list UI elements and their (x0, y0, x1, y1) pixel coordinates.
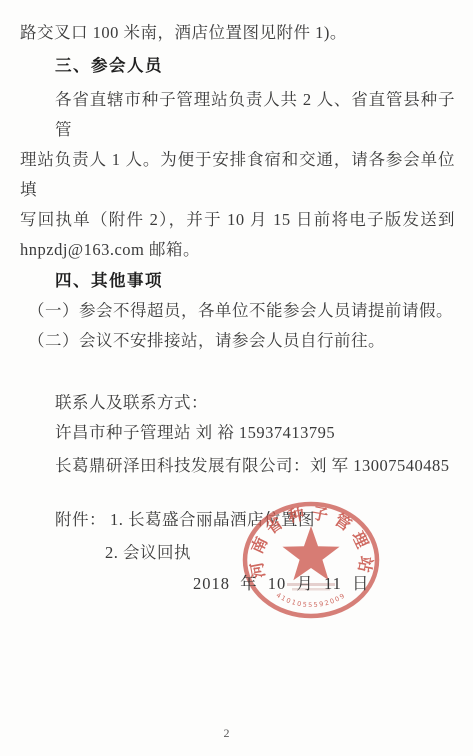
page-number: 2 (0, 726, 453, 741)
participants-line-3: 写回执单（附件 2），并于 10 月 15 日前将电子版发送到 (20, 205, 455, 235)
scanned-document-page: 路交叉口 100 米南，酒店位置图见附件 1)。 三、参会人员 各省直辖市种子管… (0, 0, 473, 756)
section-heading-participants: 三、参会人员 (20, 51, 455, 81)
official-seal: 河南省种子管理站 4101055592009 (235, 496, 387, 628)
paragraph-continuation-line: 路交叉口 100 米南，酒店位置图见附件 1)。 (20, 18, 455, 48)
attachments-label: 附件： (55, 510, 106, 529)
other-item-1: （一）参会不得超员，各单位不能参会人员请提前请假。 (20, 296, 455, 326)
other-item-2: （二）会议不安排接站，请参会人员自行前往。 (20, 326, 455, 356)
contact-line-2: 长葛鼎研泽田科技发展有限公司：刘 军 13007540485 (20, 451, 455, 481)
document-date: 2018 年 10 月 11 日 (193, 570, 370, 594)
contact-line-1: 许昌市种子管理站 刘 裕 15937413795 (20, 418, 455, 448)
participants-line-2: 理站负责人 1 人。为便于安排食宿和交通，请各参会单位填 (20, 145, 455, 205)
participants-line-email: hnpzdj@163.com 邮箱。 (20, 235, 455, 265)
document-body: 路交叉口 100 米南，酒店位置图见附件 1)。 三、参会人员 各省直辖市种子管… (20, 18, 455, 568)
contacts-heading: 联系人及联系方式： (20, 388, 455, 418)
participants-line-1: 各省直辖市种子管理站负责人共 2 人、省直管县种子管 (20, 85, 455, 145)
section-heading-other: 四、其他事项 (20, 266, 455, 296)
